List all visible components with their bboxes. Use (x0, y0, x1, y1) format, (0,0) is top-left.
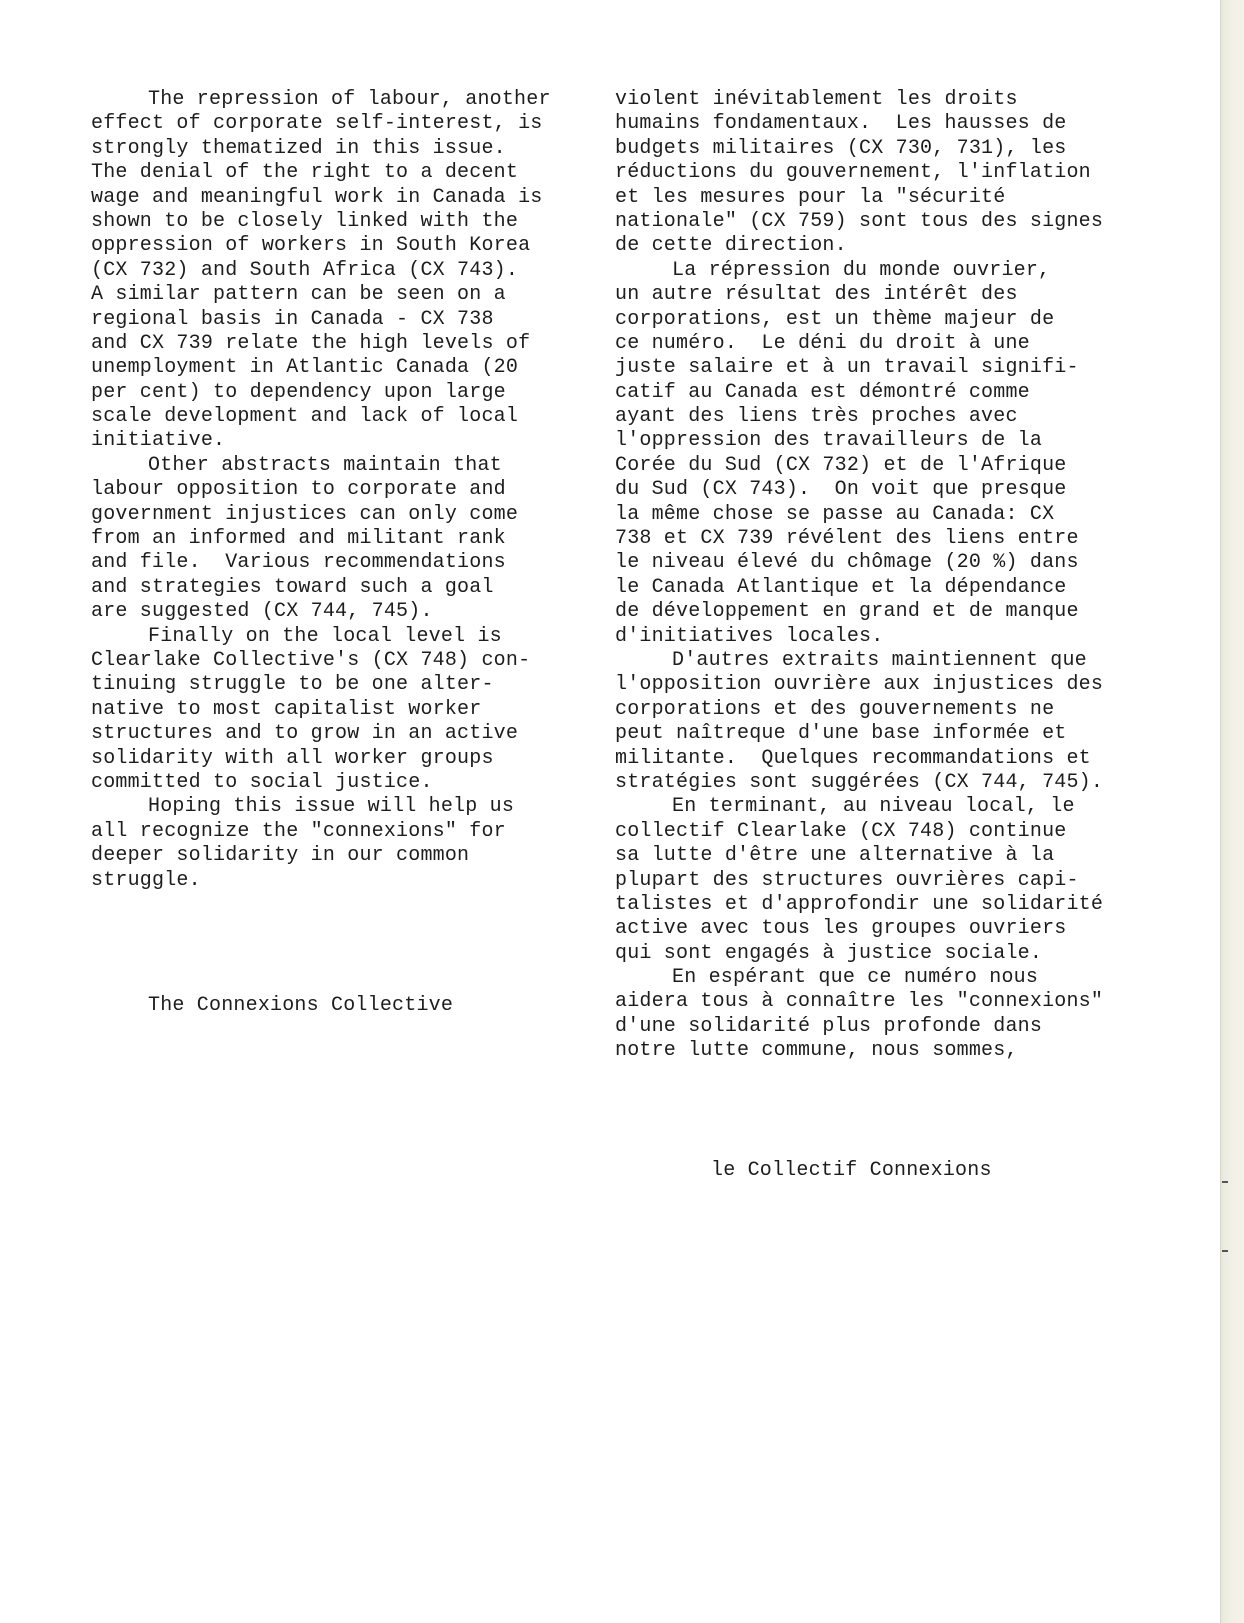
text-line: d'initiatives locales. (615, 625, 1103, 649)
text-line: peut naîtreque d'une base informée et (615, 722, 1103, 746)
text-line: solidarity with all worker groups (91, 747, 551, 771)
text-line: scale development and lack of local (91, 405, 551, 429)
text-line: regional basis in Canada - CX 738 (91, 308, 551, 332)
text-line: qui sont engagés à justice sociale. (615, 942, 1103, 966)
text-line: juste salaire et à un travail signifi- (615, 356, 1103, 380)
page-edge-mark (1222, 1250, 1228, 1252)
text-line: initiative. (91, 429, 551, 453)
text-line: tinuing struggle to be one alter- (91, 673, 551, 697)
text-line: committed to social justice. (91, 771, 551, 795)
text-line: unemployment in Atlantic Canada (20 (91, 356, 551, 380)
text-line: corporations et des gouvernements ne (615, 698, 1103, 722)
text-line: Hoping this issue will help us (91, 795, 551, 819)
scanned-page-edge (1220, 0, 1244, 1623)
text-line: stratégies sont suggérées (CX 744, 745). (615, 771, 1103, 795)
text-line: all recognize the "connexions" for (91, 820, 551, 844)
text-line: collectif Clearlake (CX 748) continue (615, 820, 1103, 844)
text-line: humains fondamentaux. Les hausses de (615, 112, 1103, 136)
text-line: sa lutte d'être une alternative à la (615, 844, 1103, 868)
text-line: corporations, est un thème majeur de (615, 308, 1103, 332)
text-line: catif au Canada est démontré comme (615, 381, 1103, 405)
text-line: de cette direction. (615, 234, 1103, 258)
text-line: government injustices can only come (91, 503, 551, 527)
text-line: structures and to grow in an active (91, 722, 551, 746)
text-line: budgets militaires (CX 730, 731), les (615, 137, 1103, 161)
text-line: ayant des liens très proches avec (615, 405, 1103, 429)
text-line: 738 et CX 739 révélent des liens entre (615, 527, 1103, 551)
page-edge-mark (1222, 1181, 1228, 1183)
text-line: The repression of labour, another (91, 88, 551, 112)
text-line: réductions du gouvernement, l'inflation (615, 161, 1103, 185)
text-line: active avec tous les groupes ouvriers (615, 917, 1103, 941)
text-line: wage and meaningful work in Canada is (91, 186, 551, 210)
text-line: Other abstracts maintain that (91, 454, 551, 478)
text-line: per cent) to dependency upon large (91, 381, 551, 405)
text-line: La répression du monde ouvrier, (615, 259, 1103, 283)
text-line: and CX 739 relate the high levels of (91, 332, 551, 356)
text-line: et les mesures pour la "sécurité (615, 186, 1103, 210)
text-line: ce numéro. Le déni du droit à une (615, 332, 1103, 356)
text-line: nationale" (CX 759) sont tous des signes (615, 210, 1103, 234)
text-line: l'oppression des travailleurs de la (615, 429, 1103, 453)
text-line: d'une solidarité plus profonde dans (615, 1015, 1103, 1039)
text-line: du Sud (CX 743). On voit que presque (615, 478, 1103, 502)
text-line: Clearlake Collective's (CX 748) con- (91, 649, 551, 673)
text-line: are suggested (CX 744, 745). (91, 600, 551, 624)
text-line: and file. Various recommendations (91, 551, 551, 575)
text-line: deeper solidarity in our common (91, 844, 551, 868)
text-line: aidera tous à connaître les "connexions" (615, 990, 1103, 1014)
english-column: The repression of labour, anothereffect … (91, 88, 551, 893)
text-line: talistes et d'approfondir une solidarité (615, 893, 1103, 917)
text-line: la même chose se passe au Canada: CX (615, 503, 1103, 527)
text-line: oppression of workers in South Korea (91, 234, 551, 258)
text-line: shown to be closely linked with the (91, 210, 551, 234)
text-line: (CX 732) and South Africa (CX 743). (91, 259, 551, 283)
french-column: violent inévitablement les droitshumains… (615, 88, 1103, 1064)
signature-french: le Collectif Connexions (711, 1159, 992, 1183)
text-line: labour opposition to corporate and (91, 478, 551, 502)
text-line: En espérant que ce numéro nous (615, 966, 1103, 990)
text-line: militante. Quelques recommandations et (615, 747, 1103, 771)
text-line: Finally on the local level is (91, 625, 551, 649)
text-line: A similar pattern can be seen on a (91, 283, 551, 307)
text-line: violent inévitablement les droits (615, 88, 1103, 112)
text-line: l'opposition ouvrière aux injustices des (615, 673, 1103, 697)
text-line: le niveau élevé du chômage (20 %) dans (615, 551, 1103, 575)
text-line: The denial of the right to a decent (91, 161, 551, 185)
text-line: Corée du Sud (CX 732) et de l'Afrique (615, 454, 1103, 478)
signature-english: The Connexions Collective (148, 994, 453, 1018)
text-line: le Canada Atlantique et la dépendance (615, 576, 1103, 600)
text-line: native to most capitalist worker (91, 698, 551, 722)
text-line: struggle. (91, 869, 551, 893)
text-line: and strategies toward such a goal (91, 576, 551, 600)
text-line: notre lutte commune, nous sommes, (615, 1039, 1103, 1063)
text-line: plupart des structures ouvrières capi- (615, 869, 1103, 893)
text-line: strongly thematized in this issue. (91, 137, 551, 161)
text-line: effect of corporate self-interest, is (91, 112, 551, 136)
text-line: un autre résultat des intérêt des (615, 283, 1103, 307)
text-line: de développement en grand et de manque (615, 600, 1103, 624)
text-line: D'autres extraits maintiennent que (615, 649, 1103, 673)
text-line: En terminant, au niveau local, le (615, 795, 1103, 819)
text-line: from an informed and militant rank (91, 527, 551, 551)
